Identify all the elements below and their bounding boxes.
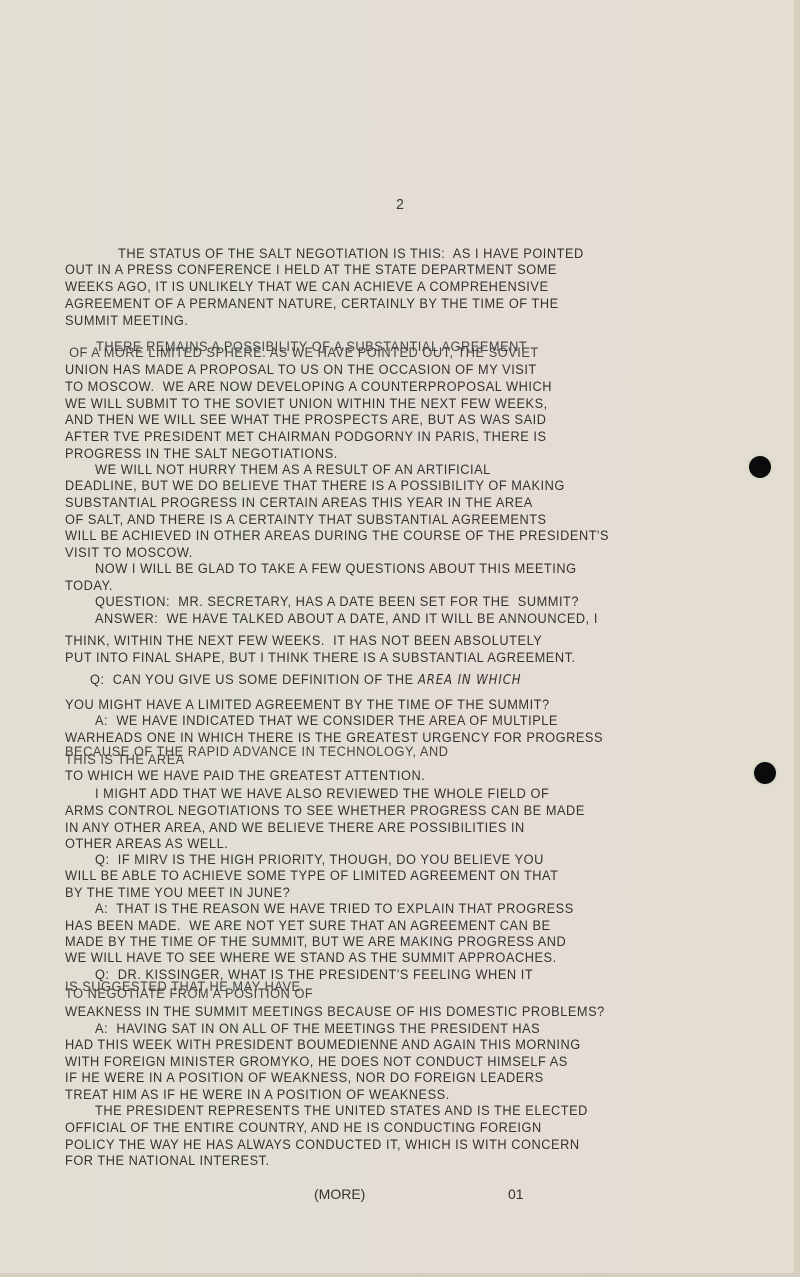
line-text: TREAT HIM AS IF HE WERE IN A POSITION OF…: [65, 1087, 450, 1103]
text-line: THE STATUS OF THE SALT NEGOTIATION IS TH…: [118, 246, 584, 262]
text-line: OTHER AREAS AS WELL.: [65, 836, 228, 852]
line-text: WILL BE ACHIEVED IN OTHER AREAS DURING T…: [65, 528, 609, 544]
line-text: WITH FOREIGN MINISTER GROMYKO, HE DOES N…: [65, 1054, 568, 1070]
line-text: QUESTION: MR. SECRETARY, HAS A DATE BEEN…: [95, 594, 579, 610]
text-line: ANSWER: WE HAVE TALKED ABOUT A DATE, AND…: [95, 611, 598, 627]
text-line: HAD THIS WEEK WITH PRESIDENT BOUMEDIENNE…: [65, 1037, 581, 1053]
line-text: DEADLINE, BUT WE DO BELIEVE THAT THERE I…: [65, 478, 565, 494]
line-text: OF A MORE LIMITED SPHERE. AS WE HAVE POI…: [65, 345, 539, 361]
text-line: I MIGHT ADD THAT WE HAVE ALSO REVIEWED T…: [95, 786, 549, 802]
text-line: WE WILL HAVE TO SEE WHERE WE STAND AS TH…: [65, 950, 557, 966]
text-line: Q: IF MIRV IS THE HIGH PRIORITY, THOUGH,…: [95, 852, 544, 868]
text-line: IF HE WERE IN A POSITION OF WEAKNESS, NO…: [65, 1070, 544, 1086]
line-text: THIS IS THE AREA: [65, 752, 185, 768]
line-text: TO WHICH WE HAVE PAID THE GREATEST ATTEN…: [65, 768, 425, 784]
line-text: OUT IN A PRESS CONFERENCE I HELD AT THE …: [65, 262, 557, 278]
overstruck-text-line: OF A MORE LIMITED SPHERE. AS WE HAVE POI…: [65, 345, 539, 361]
text-line: Q: CAN YOU GIVE US SOME DEFINITION OF TH…: [90, 672, 521, 688]
text-line: WITH FOREIGN MINISTER GROMYKO, HE DOES N…: [65, 1054, 568, 1070]
line-text: IF HE WERE IN A POSITION OF WEAKNESS, NO…: [65, 1070, 544, 1086]
line-text: Q: CAN YOU GIVE US SOME DEFINITION OF TH…: [90, 672, 418, 688]
text-line: AND THEN WE WILL SEE WHAT THE PROSPECTS …: [65, 412, 547, 428]
text-line: A: THAT IS THE REASON WE HAVE TRIED TO E…: [95, 901, 574, 917]
line-text: WE WILL HAVE TO SEE WHERE WE STAND AS TH…: [65, 950, 557, 966]
line-text: TO NEGOTIATE FROM A POSITION OF: [65, 986, 313, 1002]
text-line: IN ANY OTHER AREA, AND WE BELIEVE THERE …: [65, 820, 525, 836]
line-text: PROGRESS IN THE SALT NEGOTIATIONS.: [65, 446, 338, 462]
punch-hole: [754, 762, 776, 784]
text-line: NOW I WILL BE GLAD TO TAKE A FEW QUESTIO…: [95, 561, 577, 577]
line-text: TODAY.: [65, 578, 113, 594]
text-line: THINK, WITHIN THE NEXT FEW WEEKS. IT HAS…: [65, 633, 542, 649]
line-text: WEAKNESS IN THE SUMMIT MEETINGS BECAUSE …: [65, 1004, 605, 1020]
line-text: THE STATUS OF THE SALT NEGOTIATION IS TH…: [118, 246, 584, 262]
text-line: MADE BY THE TIME OF THE SUMMIT, BUT WE A…: [65, 934, 566, 950]
text-line: WEAKNESS IN THE SUMMIT MEETINGS BECAUSE …: [65, 1004, 605, 1020]
line-text: TO MOSCOW. WE ARE NOW DEVELOPING A COUNT…: [65, 379, 552, 395]
text-line: YOU MIGHT HAVE A LIMITED AGREEMENT BY TH…: [65, 697, 550, 713]
line-text: HAD THIS WEEK WITH PRESIDENT BOUMEDIENNE…: [65, 1037, 581, 1053]
line-text: WILL BE ABLE TO ACHIEVE SOME TYPE OF LIM…: [65, 868, 559, 884]
text-line: HAS BEEN MADE. WE ARE NOT YET SURE THAT …: [65, 918, 551, 934]
line-text: POLICY THE WAY HE HAS ALWAYS CONDUCTED I…: [65, 1137, 580, 1153]
text-line: THE PRESIDENT REPRESENTS THE UNITED STAT…: [95, 1103, 588, 1119]
text-line: OFFICIAL OF THE ENTIRE COUNTRY, AND HE I…: [65, 1120, 542, 1136]
footer-page-code: 01: [508, 1186, 524, 1202]
line-text: AND THEN WE WILL SEE WHAT THE PROSPECTS …: [65, 412, 547, 428]
text-line: A: HAVING SAT IN ON ALL OF THE MEETINGS …: [95, 1021, 540, 1037]
text-line: BY THE TIME YOU MEET IN JUNE?: [65, 885, 290, 901]
line-text: YOU MIGHT HAVE A LIMITED AGREEMENT BY TH…: [65, 697, 550, 713]
text-line: VISIT TO MOSCOW.: [65, 545, 193, 561]
text-line: SUMMIT MEETING.: [65, 313, 188, 329]
document-page: 2 THE STATUS OF THE SALT NEGOTIATION IS …: [0, 0, 800, 1277]
text-line: AFTER TVE PRESIDENT MET CHAIRMAN PODGORN…: [65, 429, 547, 445]
line-text: BY THE TIME YOU MEET IN JUNE?: [65, 885, 290, 901]
page-edge-bottom: [0, 1273, 800, 1277]
line-text: SUBSTANTIAL PROGRESS IN CERTAIN AREAS TH…: [65, 495, 533, 511]
line-text: A: THAT IS THE REASON WE HAVE TRIED TO E…: [95, 901, 574, 917]
line-text: ARMS CONTROL NEGOTIATIONS TO SEE WHETHER…: [65, 803, 585, 819]
line-text: NOW I WILL BE GLAD TO TAKE A FEW QUESTIO…: [95, 561, 577, 577]
text-line: QUESTION: MR. SECRETARY, HAS A DATE BEEN…: [95, 594, 579, 610]
text-line: A: WE HAVE INDICATED THAT WE CONSIDER TH…: [95, 713, 558, 729]
line-text: VISIT TO MOSCOW.: [65, 545, 193, 561]
line-text: OTHER AREAS AS WELL.: [65, 836, 228, 852]
line-text: A: WE HAVE INDICATED THAT WE CONSIDER TH…: [95, 713, 558, 729]
line-text: THE PRESIDENT REPRESENTS THE UNITED STAT…: [95, 1103, 588, 1119]
text-line: PUT INTO FINAL SHAPE, BUT I THINK THERE …: [65, 650, 576, 666]
line-text: FOR THE NATIONAL INTEREST.: [65, 1153, 270, 1169]
line-text: OF SALT, AND THERE IS A CERTAINTY THAT S…: [65, 512, 547, 528]
line-text: OFFICIAL OF THE ENTIRE COUNTRY, AND HE I…: [65, 1120, 542, 1136]
text-line: WE WILL NOT HURRY THEM AS A RESULT OF AN…: [95, 462, 491, 478]
line-text: Q: IF MIRV IS THE HIGH PRIORITY, THOUGH,…: [95, 852, 544, 868]
text-line: ARMS CONTROL NEGOTIATIONS TO SEE WHETHER…: [65, 803, 585, 819]
text-line: UNION HAS MADE A PROPOSAL TO US ON THE O…: [65, 362, 537, 378]
punch-hole: [749, 456, 771, 478]
text-line: PROGRESS IN THE SALT NEGOTIATIONS.: [65, 446, 338, 462]
overstruck-text-line: TO NEGOTIATE FROM A POSITION OF: [65, 986, 313, 1002]
handwritten-annotation: AREA IN WHICH: [418, 673, 522, 688]
text-line: TREAT HIM AS IF HE WERE IN A POSITION OF…: [65, 1087, 450, 1103]
overstruck-text-line: THIS IS THE AREA: [65, 752, 185, 768]
text-line: DEADLINE, BUT WE DO BELIEVE THAT THERE I…: [65, 478, 565, 494]
line-text: AGREEMENT OF A PERMANENT NATURE, CERTAIN…: [65, 296, 559, 312]
text-line: FOR THE NATIONAL INTEREST.: [65, 1153, 270, 1169]
text-line: TO WHICH WE HAVE PAID THE GREATEST ATTEN…: [65, 768, 425, 784]
text-line: WE WILL SUBMIT TO THE SOVIET UNION WITHI…: [65, 396, 548, 412]
text-line: WILL BE ABLE TO ACHIEVE SOME TYPE OF LIM…: [65, 868, 559, 884]
page-number: 2: [20, 196, 780, 213]
text-line: TO MOSCOW. WE ARE NOW DEVELOPING A COUNT…: [65, 379, 552, 395]
text-line: WILL BE ACHIEVED IN OTHER AREAS DURING T…: [65, 528, 609, 544]
page-edge: [794, 0, 800, 1277]
text-line: WEEKS AGO, IT IS UNLIKELY THAT WE CAN AC…: [65, 279, 549, 295]
footer-more-label: (MORE): [314, 1186, 365, 1202]
text-line: OUT IN A PRESS CONFERENCE I HELD AT THE …: [65, 262, 557, 278]
line-text: WE WILL NOT HURRY THEM AS A RESULT OF AN…: [95, 462, 491, 478]
text-line: OF SALT, AND THERE IS A CERTAINTY THAT S…: [65, 512, 547, 528]
text-line: POLICY THE WAY HE HAS ALWAYS CONDUCTED I…: [65, 1137, 580, 1153]
line-text: UNION HAS MADE A PROPOSAL TO US ON THE O…: [65, 362, 537, 378]
line-text: HAS BEEN MADE. WE ARE NOT YET SURE THAT …: [65, 918, 551, 934]
line-text: PUT INTO FINAL SHAPE, BUT I THINK THERE …: [65, 650, 576, 666]
line-text: I MIGHT ADD THAT WE HAVE ALSO REVIEWED T…: [95, 786, 549, 802]
text-line: SUBSTANTIAL PROGRESS IN CERTAIN AREAS TH…: [65, 495, 533, 511]
line-text: WEEKS AGO, IT IS UNLIKELY THAT WE CAN AC…: [65, 279, 549, 295]
line-text: A: HAVING SAT IN ON ALL OF THE MEETINGS …: [95, 1021, 540, 1037]
line-text: MADE BY THE TIME OF THE SUMMIT, BUT WE A…: [65, 934, 566, 950]
line-text: ANSWER: WE HAVE TALKED ABOUT A DATE, AND…: [95, 611, 598, 627]
line-text: WE WILL SUBMIT TO THE SOVIET UNION WITHI…: [65, 396, 548, 412]
line-text: IN ANY OTHER AREA, AND WE BELIEVE THERE …: [65, 820, 525, 836]
line-text: THINK, WITHIN THE NEXT FEW WEEKS. IT HAS…: [65, 633, 542, 649]
text-line: TODAY.: [65, 578, 113, 594]
line-text: SUMMIT MEETING.: [65, 313, 188, 329]
line-text: AFTER TVE PRESIDENT MET CHAIRMAN PODGORN…: [65, 429, 547, 445]
text-line: AGREEMENT OF A PERMANENT NATURE, CERTAIN…: [65, 296, 559, 312]
